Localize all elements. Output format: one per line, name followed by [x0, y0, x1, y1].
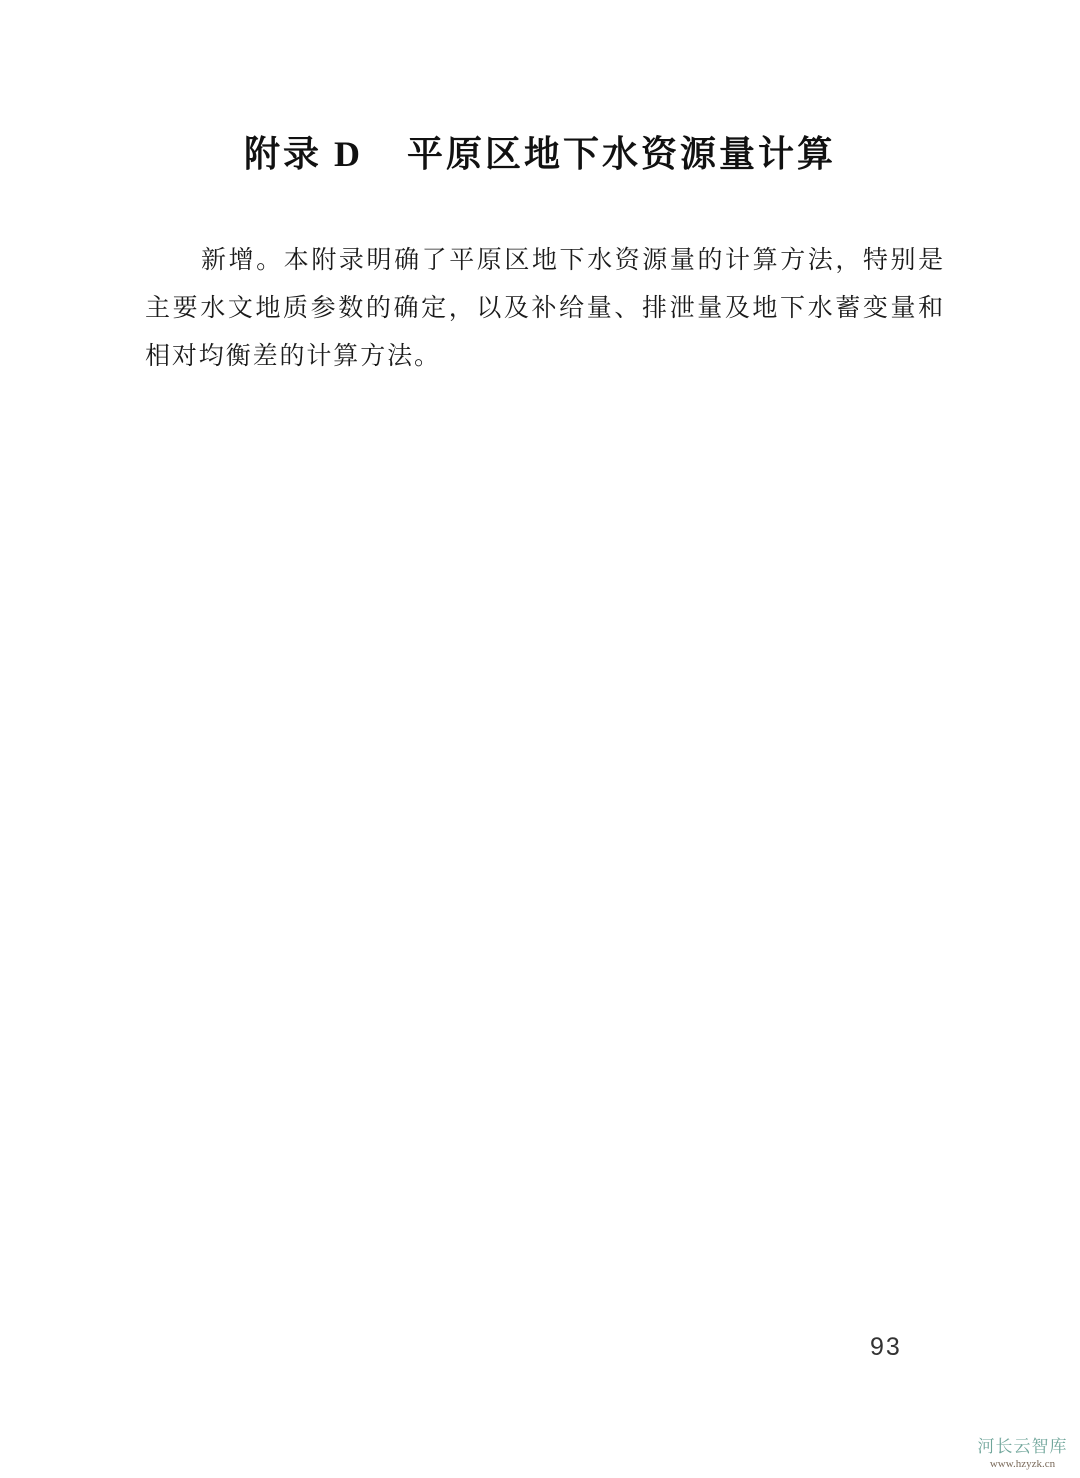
body-text: 新增。本附录明确了平原区地下水资源量的计算方法，特别是主要水文地质参数的确定，以… — [145, 236, 945, 380]
appendix-title: 附录 D平原区地下水资源量计算 — [0, 126, 1080, 177]
appendix-heading: 平原区地下水资源量计算 — [407, 134, 836, 175]
paragraph: 新增。本附录明确了平原区地下水资源量的计算方法，特别是主要水文地质参数的确定，以… — [145, 236, 945, 380]
watermark: 河长云智库 www.hzyzk.cn — [970, 1437, 1075, 1471]
watermark-name: 河长云智库 — [970, 1437, 1075, 1457]
watermark-url: www.hzyzk.cn — [970, 1457, 1075, 1471]
appendix-code: 附录 D — [244, 134, 363, 174]
page-number: 93 — [870, 1333, 902, 1362]
